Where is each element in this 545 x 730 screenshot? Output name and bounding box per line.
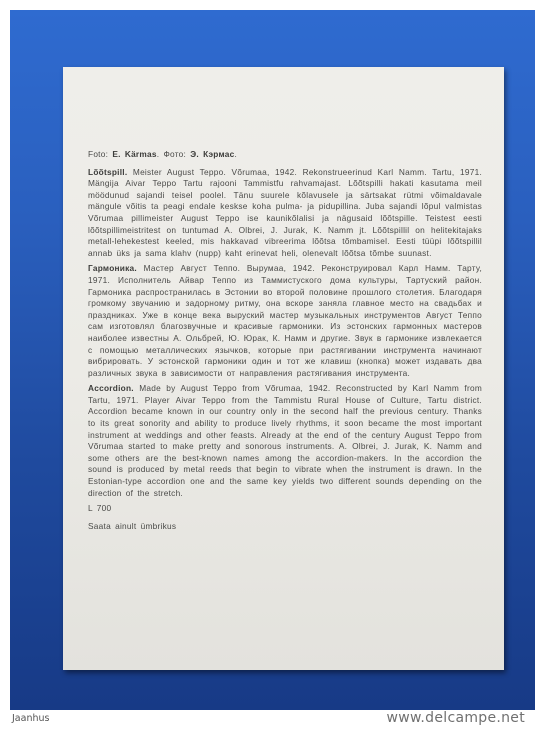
section-estonian: Lõõtspill. Meister August Teppo. Võrumaa… <box>88 167 482 260</box>
section-body: Made by August Teppo from Võrumaa, 1942.… <box>88 383 482 497</box>
section-heading: Гармоника. <box>88 263 137 273</box>
credit-name-et: E. Kärmas <box>112 149 156 159</box>
site-watermark: www.delcampe.net <box>386 710 525 726</box>
mailing-note: Saata ainult ümbrikus <box>88 521 482 533</box>
credit-name-ru: Э. Кэрмас <box>190 149 234 159</box>
section-heading: Accordion. <box>88 383 134 393</box>
section-english: Accordion. Made by August Teppo from Võr… <box>88 383 482 499</box>
photo-background: Foto: E. Kärmas. Фото: Э. Кэрмас. Lõõtsp… <box>10 10 535 710</box>
credit-label-ru: Фото: <box>163 149 186 159</box>
section-body: Мастер Август Теппо. Выру­маа, 1942. Рек… <box>88 263 482 377</box>
photo-credit: Foto: E. Kärmas. Фото: Э. Кэрмас. <box>88 149 482 161</box>
section-heading: Lõõtspill. <box>88 167 127 177</box>
postcard-back: Foto: E. Kärmas. Фото: Э. Кэрмас. Lõõtsp… <box>63 67 504 670</box>
seller-watermark: Jaanhus <box>12 713 49 724</box>
section-russian: Гармоника. Мастер Август Теппо. Выру­маа… <box>88 263 482 379</box>
section-body: Meister August Teppo. Võrumaa, 1942. Rek… <box>88 167 482 258</box>
credit-label-et: Foto: <box>88 149 108 159</box>
card-text-block: Foto: E. Kärmas. Фото: Э. Кэрмас. Lõõtsp… <box>88 149 482 536</box>
print-code: L 700 <box>88 503 482 515</box>
